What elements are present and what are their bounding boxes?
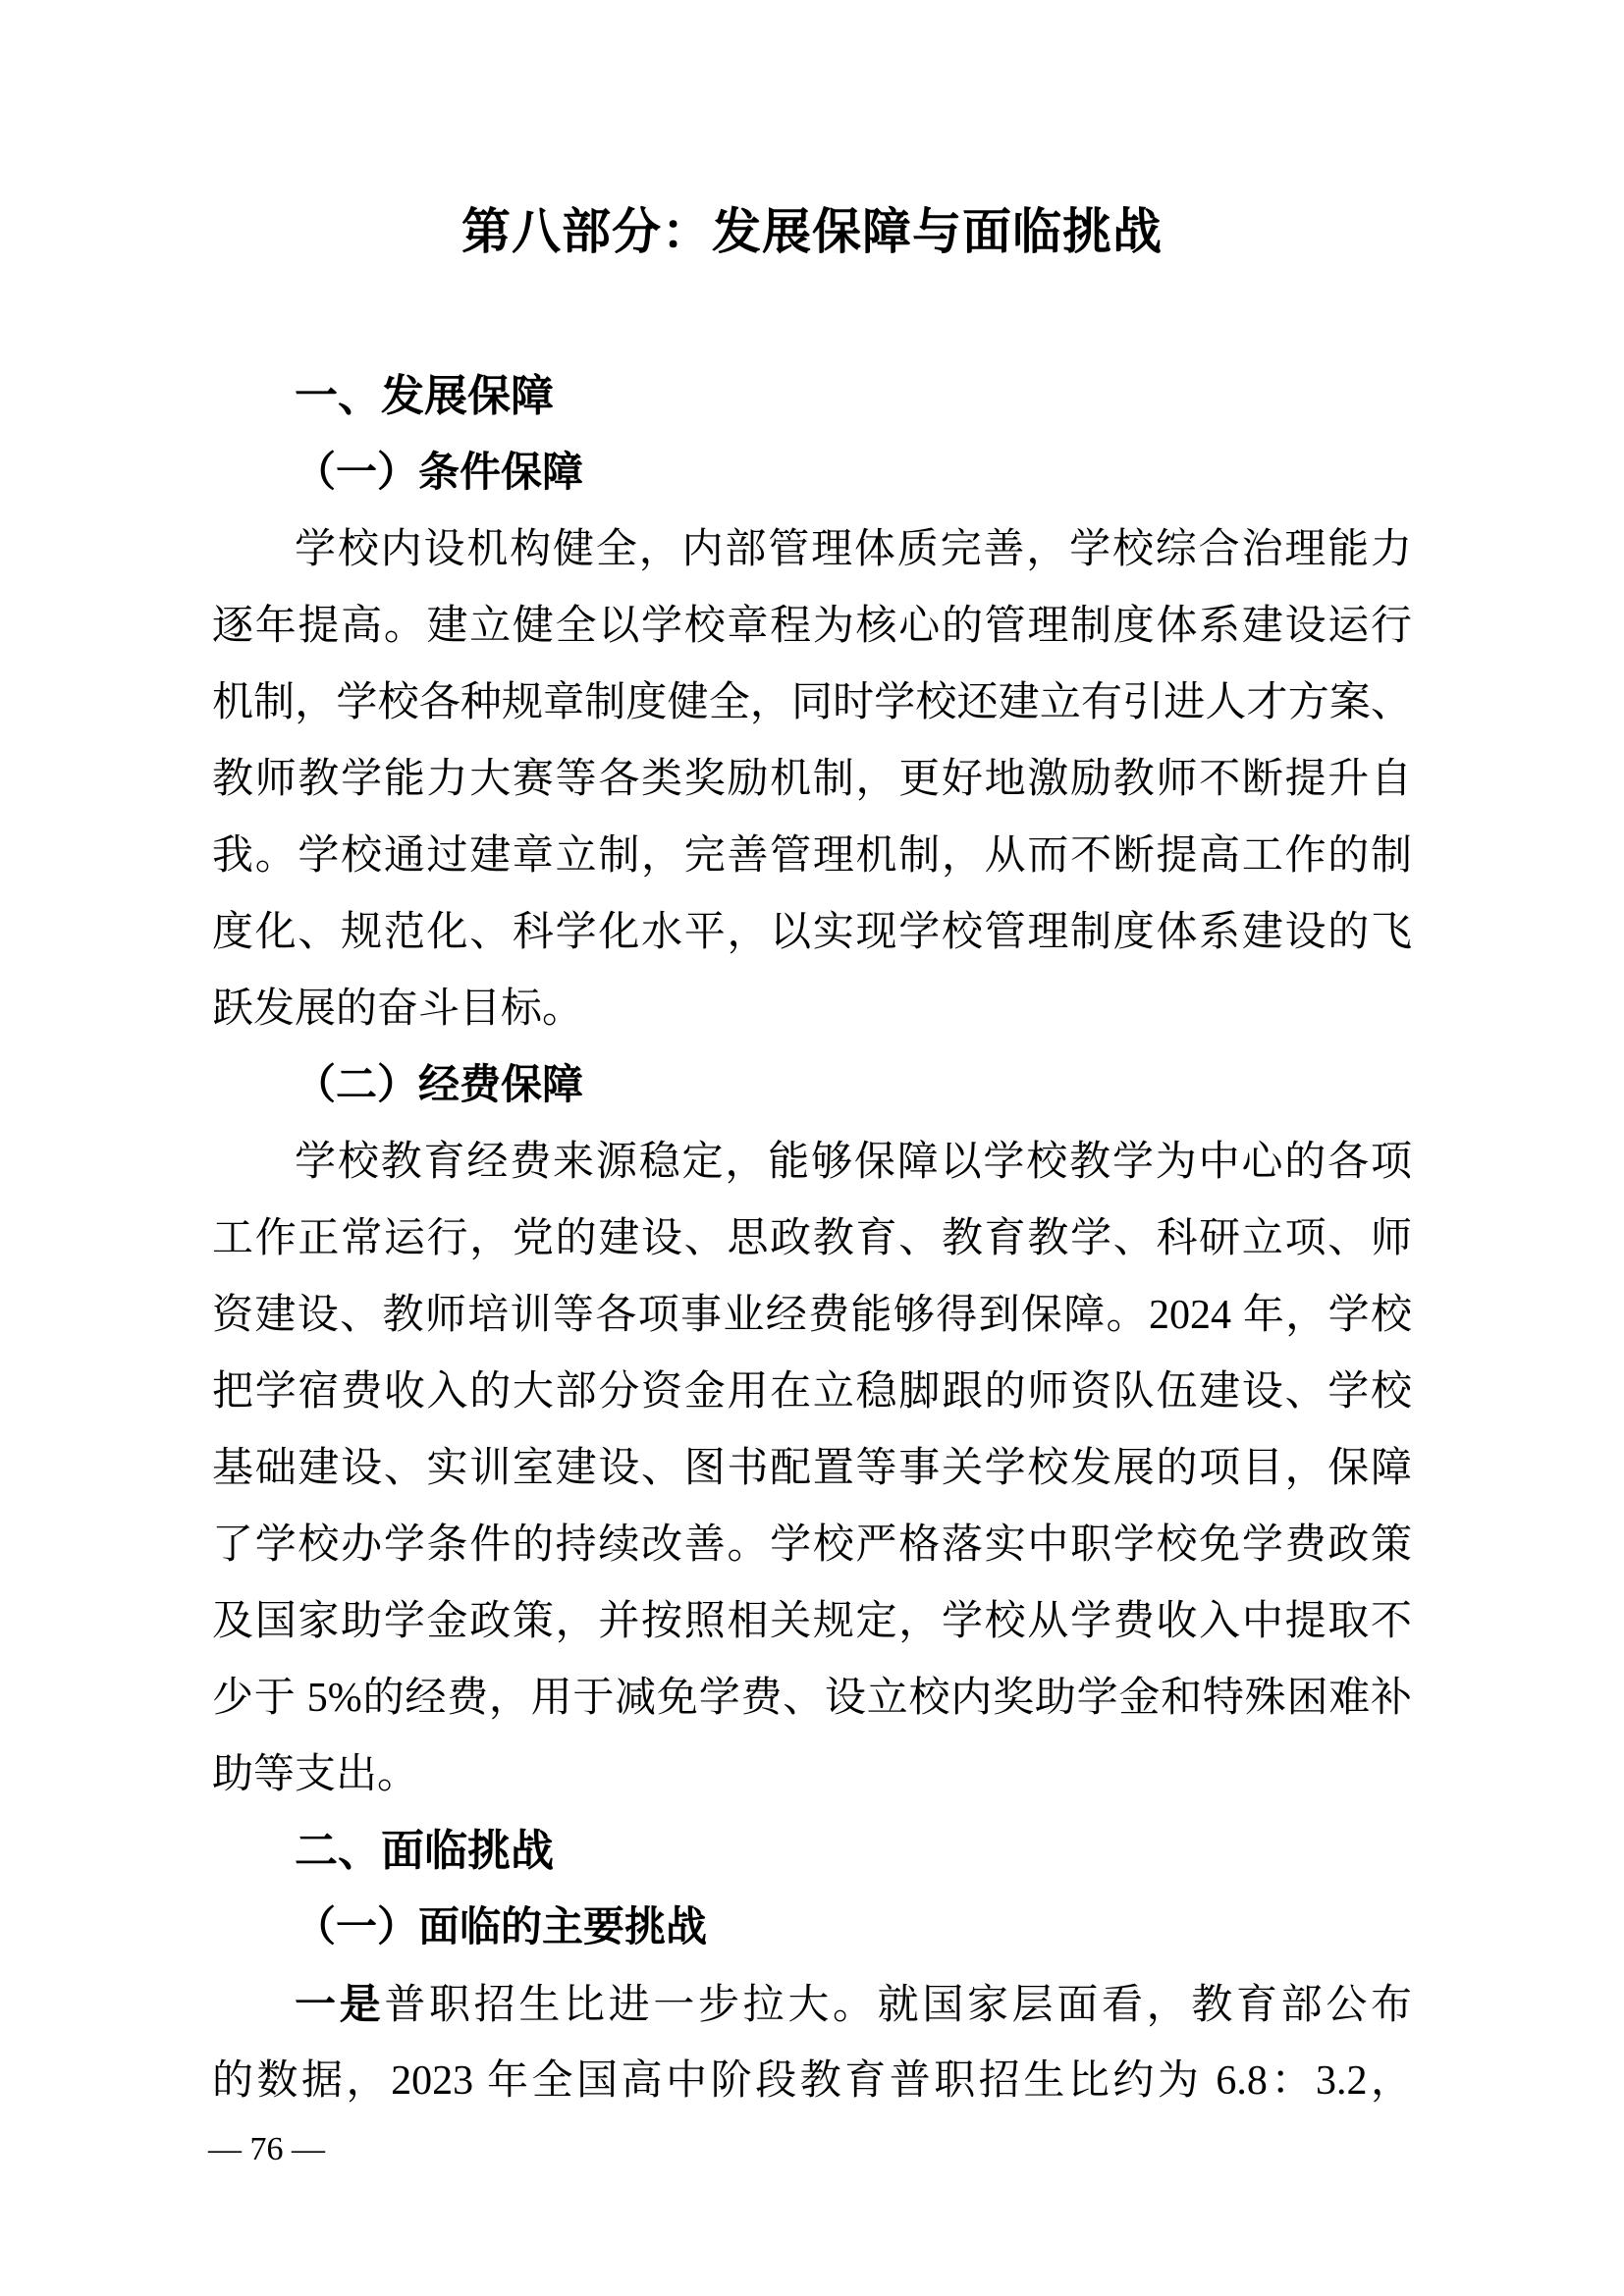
text-segment: （一）面临的主要挑战 bbox=[295, 1905, 707, 1950]
text-segment: 我。学校通过建章立制，完善管理机制，从而不断提高工作的制 bbox=[212, 833, 1412, 879]
body-line: 学校内设机构健全，内部管理体质完善，学校综合治理能力 bbox=[212, 511, 1412, 588]
text-segment: 了学校办学条件的持续改善。学校严格落实中职学校免学费政策 bbox=[212, 1522, 1412, 1568]
text-segment: 普职招生比进一步拉大。就国家层面看，教育部公布 bbox=[384, 1983, 1412, 2028]
text-segment: 把学宿费收入的大部分资金用在立稳脚跟的师资队伍建设、学校 bbox=[212, 1369, 1412, 1415]
body-line: 助等支出。 bbox=[212, 1736, 1412, 1813]
body-line: 少于 5%的经费，用于减免学费、设立校内奖助学金和特殊困难补 bbox=[212, 1660, 1412, 1736]
body-line: 把学宿费收入的大部分资金用在立稳脚跟的师资队伍建设、学校 bbox=[212, 1354, 1412, 1430]
body-line: 的数据，2023 年全国高中阶段教育普职招生比约为 6.8：3.2， bbox=[212, 2043, 1412, 2119]
text-segment: 教师教学能力大赛等各类奖励机制，更好地激励教师不断提升自 bbox=[212, 757, 1412, 802]
subheading-line: （二）经费保障 bbox=[212, 1047, 1412, 1124]
text-segment: 资建设、教师培训等各项事业经费能够得到保障。2024 年，学校 bbox=[212, 1293, 1412, 1338]
heading-line: 一、发展保障 bbox=[212, 358, 1412, 435]
page-number-footer: — 76 — bbox=[208, 2130, 325, 2169]
emphasis-text: 一是 bbox=[295, 1981, 384, 2027]
text-segment: 二、面临挑战 bbox=[295, 1827, 554, 1875]
body-line: 度化、规范化、科学化水平，以实现学校管理制度体系建设的飞 bbox=[212, 894, 1412, 971]
body-line: 资建设、教师培训等各项事业经费能够得到保障。2024 年，学校 bbox=[212, 1277, 1412, 1354]
body-line: 及国家助学金政策，并按照相关规定，学校从学费收入中提取不 bbox=[212, 1583, 1412, 1660]
body-line: 教师教学能力大赛等各类奖励机制，更好地激励教师不断提升自 bbox=[212, 741, 1412, 818]
body-line: 了学校办学条件的持续改善。学校严格落实中职学校免学费政策 bbox=[212, 1507, 1412, 1583]
text-segment: 基础建设、实训室建设、图书配置等事关学校发展的项目，保障 bbox=[212, 1446, 1412, 1491]
body-line: 跃发展的奋斗目标。 bbox=[212, 971, 1412, 1047]
text-segment: 及国家助学金政策，并按照相关规定，学校从学费收入中提取不 bbox=[212, 1599, 1412, 1644]
document-page: 第八部分：发展保障与面临挑战 一、发展保障（一）条件保障学校内设机构健全，内部管… bbox=[0, 0, 1624, 2296]
subheading-line: （一）条件保障 bbox=[212, 435, 1412, 511]
heading-line: 二、面临挑战 bbox=[212, 1813, 1412, 1890]
text-segment: 逐年提高。建立健全以学校章程为核心的管理制度体系建设运行 bbox=[212, 604, 1412, 649]
body-line: 学校教育经费来源稳定，能够保障以学校教学为中心的各项 bbox=[212, 1124, 1412, 1201]
body-line: 一是普职招生比进一步拉大。就国家层面看，教育部公布 bbox=[212, 1966, 1412, 2043]
text-segment: 跃发展的奋斗目标。 bbox=[212, 987, 583, 1032]
text-segment: 的数据，2023 年全国高中阶段教育普职招生比约为 6.8：3.2， bbox=[212, 2058, 1412, 2104]
text-segment: 一、发展保障 bbox=[295, 372, 554, 420]
document-title: 第八部分：发展保障与面临挑战 bbox=[212, 196, 1412, 267]
text-segment: （一）条件保障 bbox=[295, 451, 583, 496]
text-segment: 学校教育经费来源稳定，能够保障以学校教学为中心的各项 bbox=[295, 1140, 1412, 1185]
text-segment: （二）经费保障 bbox=[295, 1063, 583, 1108]
body-line: 基础建设、实训室建设、图书配置等事关学校发展的项目，保障 bbox=[212, 1430, 1412, 1507]
text-segment: 少于 5%的经费，用于减免学费、设立校内奖助学金和特殊困难补 bbox=[212, 1676, 1412, 1721]
document-content: 第八部分：发展保障与面临挑战 一、发展保障（一）条件保障学校内设机构健全，内部管… bbox=[212, 0, 1412, 2119]
lines: 一、发展保障（一）条件保障学校内设机构健全，内部管理体质完善，学校综合治理能力逐… bbox=[212, 358, 1412, 2119]
body-line: 我。学校通过建章立制，完善管理机制，从而不断提高工作的制 bbox=[212, 818, 1412, 894]
text-segment: 学校内设机构健全，内部管理体质完善，学校综合治理能力 bbox=[295, 527, 1412, 572]
text-segment: 助等支出。 bbox=[212, 1752, 418, 1797]
subheading-line: （一）面临的主要挑战 bbox=[212, 1890, 1412, 1966]
text-segment: 度化、规范化、科学化水平，以实现学校管理制度体系建设的飞 bbox=[212, 910, 1412, 955]
text-segment: 工作正常运行，党的建设、思政教育、教育教学、科研立项、师 bbox=[212, 1216, 1412, 1261]
body-line: 逐年提高。建立健全以学校章程为核心的管理制度体系建设运行 bbox=[212, 588, 1412, 665]
body-line: 工作正常运行，党的建设、思政教育、教育教学、科研立项、师 bbox=[212, 1201, 1412, 1277]
body-line: 机制，学校各种规章制度健全，同时学校还建立有引进人才方案、 bbox=[212, 665, 1412, 741]
text-segment: 机制，学校各种规章制度健全，同时学校还建立有引进人才方案、 bbox=[212, 680, 1412, 725]
